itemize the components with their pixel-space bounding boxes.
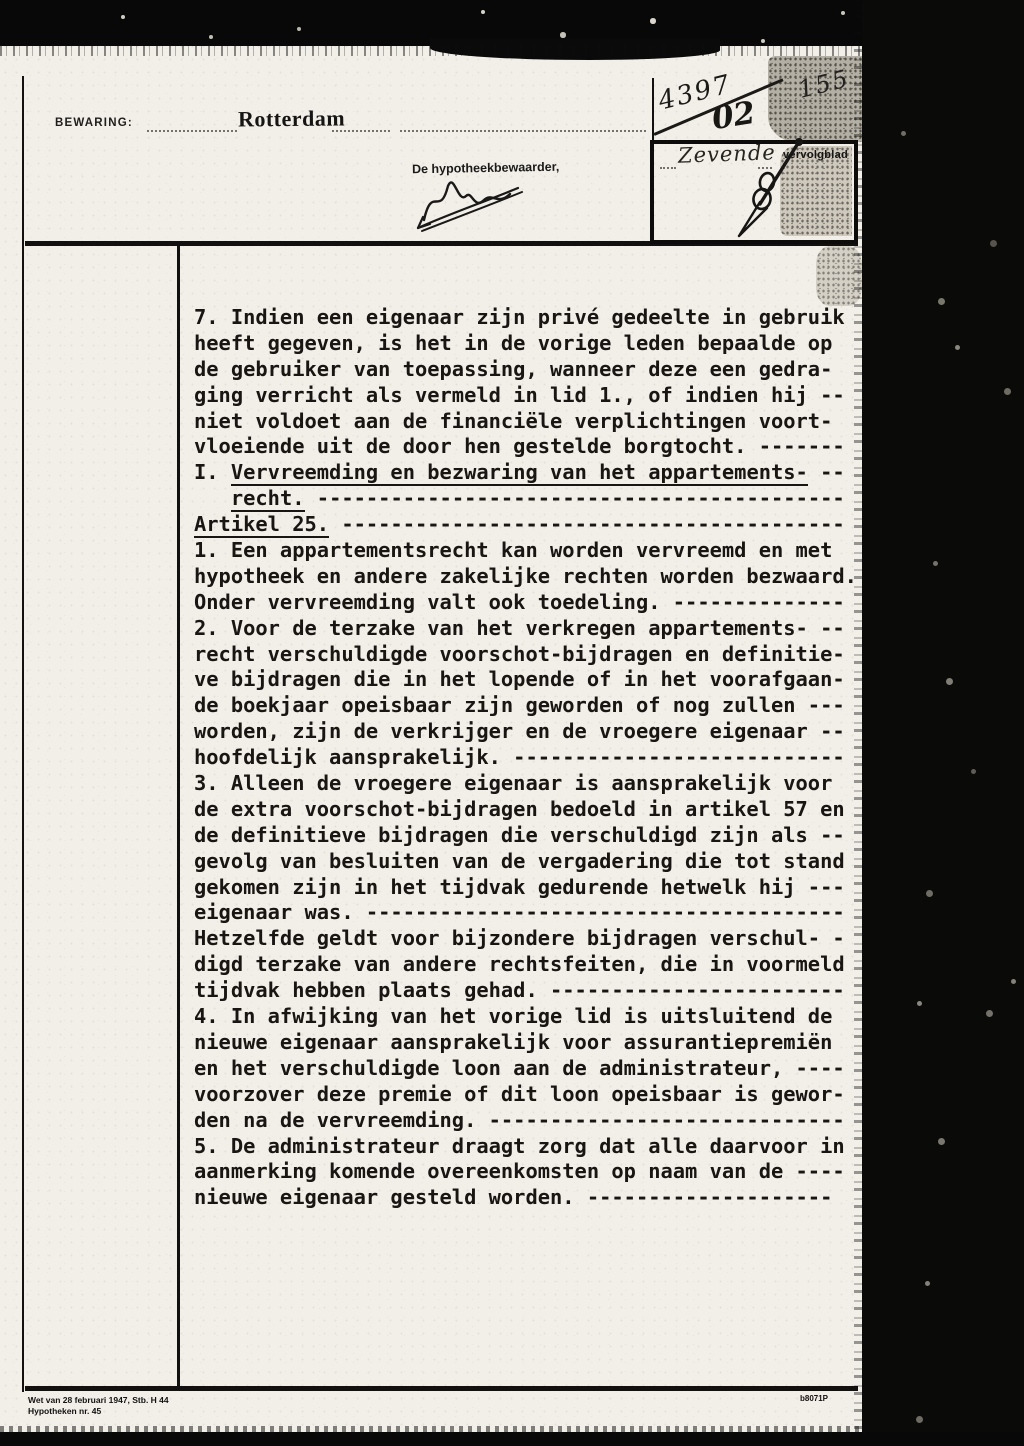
body-line: de boekjaar opeisbaar zijn geworden of n… xyxy=(194,693,862,719)
body-line: hypotheek en andere zakelijke rechten wo… xyxy=(194,564,862,590)
body-line: worden, zijn de verkrijger en de vroeger… xyxy=(194,719,862,745)
scan-noise-dark xyxy=(0,0,3,3)
body-line: en het verschuldigde loon aan de adminis… xyxy=(194,1056,862,1082)
body-line: den na de vervreemding. ----------------… xyxy=(194,1108,862,1134)
body-line: de gebruiker van toepassing, wanneer dez… xyxy=(194,357,862,383)
body-line: I. Vervreemding en bezwaring van het app… xyxy=(194,460,862,486)
footer-print-code: b8071P xyxy=(800,1394,828,1403)
body-line: vloeiende uit de door hen gestelde borgt… xyxy=(194,434,862,460)
footer-register-reference: Hypotheken nr. 45 xyxy=(28,1406,169,1417)
body-line: 3. Alleen de vroegere eigenaar is aanspr… xyxy=(194,771,862,797)
dotted-leader xyxy=(660,167,676,169)
part-number: 02 xyxy=(709,95,757,137)
body-line: aanmerking komende overeenkomsten op naa… xyxy=(194,1159,862,1185)
body-line: voorzover deze premie of dit loon opeisb… xyxy=(194,1082,862,1108)
bewaring-value: Rotterdam xyxy=(238,105,345,132)
body-line: ve bijdragen die in het lopende of in he… xyxy=(194,667,862,693)
underlined-heading: Vervreemding en bezwaring van het appart… xyxy=(231,460,808,486)
page-left-rule xyxy=(22,76,24,1392)
body-line: gevolg van besluiten van de vergadering … xyxy=(194,849,862,875)
scan-edge-fringe-right xyxy=(854,0,868,1446)
underlined-heading: recht. xyxy=(231,486,305,512)
body-line: niet voldoet aan de financiële verplicht… xyxy=(194,409,862,435)
scanner-border-right xyxy=(862,0,1024,1446)
body-line: de extra voorschot-bijdragen bedoeld in … xyxy=(194,797,862,823)
margin-column-rule xyxy=(177,241,180,1391)
body-line: nieuwe eigenaar gesteld worden. --------… xyxy=(194,1185,862,1211)
body-line: 7. Indien een eigenaar zijn privé gedeel… xyxy=(194,305,862,331)
bewaring-label: BEWARING: xyxy=(55,117,133,129)
scan-edge-fringe-bottom xyxy=(0,1426,866,1436)
body-line: nieuwe eigenaar aansprakelijk voor assur… xyxy=(194,1030,862,1056)
dotted-leader xyxy=(400,130,646,132)
body-line: eigenaar was. --------------------------… xyxy=(194,900,862,926)
body-line: Onder vervreemding valt ook toedeling. -… xyxy=(194,590,862,616)
signature-scribble xyxy=(414,170,532,234)
body-line: recht verschuldigde voorschot-bijdragen … xyxy=(194,642,862,668)
body-line: recht. ---------------------------------… xyxy=(194,486,862,512)
body-line: 4. In afwijking van het vorige lid is ui… xyxy=(194,1004,862,1030)
scan-edge-fringe-top xyxy=(0,44,866,56)
body-line: tijdvak hebben plaats gehad. -----------… xyxy=(194,978,862,1004)
footer-law-reference: Wet van 28 februari 1947, Stb. H 44 xyxy=(28,1395,169,1406)
body-line: ging verricht als vermeld in lid 1., of … xyxy=(194,383,862,409)
body-line: Hetzelfde geldt voor bijzondere bijdrage… xyxy=(194,926,862,952)
body-line: hoofdelijk aansprakelijk. --------------… xyxy=(194,745,862,771)
footer-divider-rule xyxy=(25,1386,858,1391)
body-line: Artikel 25. ----------------------------… xyxy=(194,512,862,538)
dotted-leader xyxy=(332,130,390,132)
dotted-leader xyxy=(147,130,237,132)
body-line: gekomen zijn in het tijdvak gedurende he… xyxy=(194,875,862,901)
body-line: de definitieve bijdragen die verschuldig… xyxy=(194,823,862,849)
body-line: digd terzake van andere rechtsfeiten, di… xyxy=(194,952,862,978)
body-line: 2. Voor de terzake van het verkregen app… xyxy=(194,616,862,642)
underlined-heading: Artikel 25. xyxy=(194,512,329,538)
body-line: 1. Een appartementsrecht kan worden verv… xyxy=(194,538,862,564)
body-line: heeft gegeven, is het in de vorige leden… xyxy=(194,331,862,357)
document-body: 7. Indien een eigenaar zijn privé gedeel… xyxy=(194,305,862,1211)
footer-references: Wet van 28 februari 1947, Stb. H 44 Hypo… xyxy=(28,1395,169,1417)
scanned-document-page: BEWARING: Rotterdam De hypotheekbewaarde… xyxy=(0,0,1024,1446)
pen-stroke-digit xyxy=(726,138,810,242)
body-line: 5. De administrateur draagt zorg dat all… xyxy=(194,1134,862,1160)
